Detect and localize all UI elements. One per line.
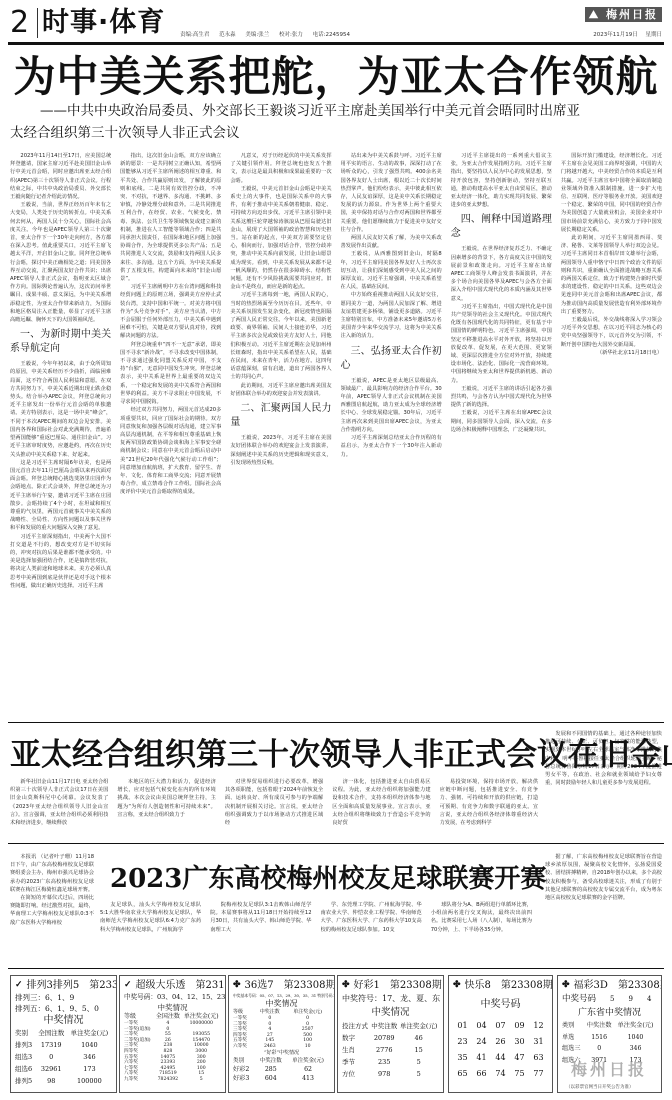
header-cell: 中奖注数 xyxy=(370,1020,398,1032)
prize-table: 投注方式中奖注数单注奖金(元) 数字2078946 生肖277615 季节235… xyxy=(342,1020,439,1080)
table-header-row: 等级全国注数单注奖金(元) xyxy=(124,1013,221,1021)
cell: 346 xyxy=(67,1051,112,1063)
value: 6、1、9、5、0 xyxy=(45,1004,99,1013)
dateline: （新华社北京11月18日电） xyxy=(561,349,662,357)
table-row: 组选三0346 xyxy=(562,1043,657,1055)
value: 17、龙、夏、东 xyxy=(382,994,440,1003)
cell: 98 xyxy=(36,1075,67,1087)
cell: 15 xyxy=(398,1044,439,1056)
label: 中奖号码 xyxy=(562,992,596,1006)
cell: 1040 xyxy=(67,1039,112,1051)
prize-table-body: 一等奖00二等奖00三等奖42507四等奖27500五等奖145100六等奖24… xyxy=(233,1016,330,1050)
winning-number: 23 xyxy=(453,1036,472,1048)
lottery-issue: 第23132期 xyxy=(196,979,226,992)
lottery-box-fc3d: ✤ 福彩3D 第23308期 中奖号码 5 9 4 广东省中奖情况 类别中奖注数… xyxy=(557,975,662,1093)
page-number-divider xyxy=(37,8,38,38)
paragraph: 王毅说，习近平主席的讲话引起各方强烈共鸣，与会各方认为中国式现代化为世界提供了新… xyxy=(451,385,552,410)
number: 5 xyxy=(610,992,614,1006)
cell: 46 xyxy=(398,1032,439,1044)
winning-numbers-grid: 0104070912232426303135414447636566747577 xyxy=(453,1020,548,1080)
table-row: 单选15161040 xyxy=(562,1032,657,1044)
value: 03、04、12、15、23、02、06 xyxy=(157,993,226,1001)
paragraph: 发展和不同国情的基础上，通过各种途径加快推进可持续、公正、可负担、包容性的能源转… xyxy=(545,730,662,787)
article-column: 球队将分为A、B两组进行单循环比赛，小组前两名进行交叉淘汰，最终决出前四名。比赛… xyxy=(431,901,532,961)
main-headline: 为中美关系把舵，为亚太合作领航 xyxy=(0,52,672,102)
welfare-lottery-icon: ✤ xyxy=(453,979,461,992)
prize-subtitle: 广东省中奖情况 xyxy=(562,1006,657,1020)
paragraph: 两国人民友好关系了解，为美中关系改善发展作出贡献。 xyxy=(341,234,442,250)
sub-headline-line-2: 太经合组织第三十次领导人非正式会议 xyxy=(10,125,240,141)
table-header-row: 类别中奖注数单注奖金(元) xyxy=(562,1020,657,1032)
sports-lottery-icon: ✓ xyxy=(15,979,23,992)
football-article-body: 友足球队，汕头大学梅州校友足球队5:1大胜华南农业大学梅州校友足球队，华南师范大… xyxy=(100,901,532,961)
winning-number: 65 xyxy=(453,1068,472,1080)
paragraph: 凡意义，对于历经起伏的中美关系发挥了关键引领作用。拜登总统也连发五个推文，表示这… xyxy=(230,152,331,185)
article-column: 院梅州校友足球队3:1击败韩山师范学院。本届赛事将从11月18日开始持续至12月… xyxy=(210,901,311,961)
lottery-title: ✓ 排列3排列5 第23308期 xyxy=(15,979,112,992)
table-row: 生肖277615 xyxy=(342,1044,439,1056)
draw-numbers: 中奖基本号码：05、07、13、29、30、35、31 特别号码：17 xyxy=(233,992,330,999)
paragraph: 习近平主席指出，中国式现代化是中国共产党领导的社会主义现代化。中国式现代化既有各… xyxy=(451,303,552,385)
winning-number: 01 xyxy=(453,1020,472,1032)
header-cell: 等级 xyxy=(233,1009,254,1016)
article-column: 习近平主席提出的一系列重大倡议主张，为亚太合作发展指明方向。习近平主席指出，要坚… xyxy=(451,152,552,712)
sub-headline: ——中共中央政治局委员、外交部长王毅谈习近平主席赴美国举行中美元首会晤同时出席亚… xyxy=(10,100,670,144)
header-cell: 中奖注数 xyxy=(584,1020,614,1032)
issue-date: 2023年11月19日 星期日 xyxy=(587,30,662,38)
paragraph: 据了解，广东高校梅州校友足球联赛旨在营造球乡浓厚氛围，凝聚高校文化情怀，弘扬爱国… xyxy=(545,853,662,902)
article-column: 2023年11月14日至17日，应美国总统拜登邀请，国家主席习近平赴美国旧金山举… xyxy=(10,152,111,712)
winning-number: 24 xyxy=(472,1036,491,1048)
header-cell: 单注奖金(元) xyxy=(286,1057,330,1065)
cell: 5 xyxy=(398,1056,439,1068)
cell: 好彩3 xyxy=(233,1074,256,1083)
winning-number: 30 xyxy=(510,1036,529,1048)
article-column: 对世界贸易组织进行必要改革，增强其各项职能，包括着眼于2024年前恢复全面、运转… xyxy=(225,778,323,833)
header-cell: 单注奖金(元) xyxy=(285,1009,330,1016)
disclaimer-note: （以彩票官网当日开奖公告为准） xyxy=(566,1084,634,1090)
paragraph: 指出，这次旧金山会晤，双方应该确立新的愿景：一是共同树立正确认知，希望两国能够从… xyxy=(120,152,221,283)
header-cell: 投注方式 xyxy=(342,1020,370,1032)
article-column: 站出来为中美关系鼓与呼。习近平主席用平实的语言、生动的故事，深深打动了在场听众的… xyxy=(341,152,442,712)
table-row: 排列598100000 xyxy=(15,1075,112,1087)
lottery-box-pl35: ✓ 排列3排列5 第23308期 排列三：6、1、9 排列五：6、1、9、5、0… xyxy=(10,975,117,1093)
winning-number: 63 xyxy=(529,1052,548,1064)
welfare-lottery-icon: ✤ xyxy=(562,979,570,992)
lottery-issue: 第23308期 xyxy=(390,979,442,992)
prize-subtitle: 中奖情况 xyxy=(342,1006,439,1020)
editor-credit: 责编:高生君 xyxy=(180,32,209,38)
table-header-row: 类别中奖注数单注奖金(元) xyxy=(233,1057,330,1065)
draw-symbols: 中奖符号：17、龙、夏、东 xyxy=(342,992,439,1006)
prize-table-body: 一等奖410000000一等奖(追加)0二等奖55193055二等奖(追加)26… xyxy=(124,1021,221,1083)
table-row: 组选632961173 xyxy=(15,1063,112,1075)
header-cell: 奖别 xyxy=(15,1027,36,1039)
main-article-body: 2023年11月14日至17日，应美国总统拜登邀请，国家主席习近平赴美国旧金山举… xyxy=(10,152,662,712)
newspaper-logo: ⛰ 梅州日报 xyxy=(585,7,662,22)
page-number: 2 xyxy=(10,6,29,40)
cell: 604 xyxy=(256,1074,286,1083)
lottery-name: 超级大乐透 xyxy=(136,979,186,992)
football-closing-column: 据了解，广东高校梅州校友足球联赛旨在营造球乡浓厚氛围，凝聚高校文化情怀，弘扬爱国… xyxy=(545,853,662,963)
lottery-box-36x7: ✤ 36选7 第23308期 中奖基本号码：05、07、13、29、30、35、… xyxy=(228,975,335,1093)
label: 中奖符号： xyxy=(342,994,382,1003)
prize-subtitle: 中奖情况 xyxy=(124,1003,221,1013)
article-column: 国际开放门槛建设，经济增长化。习近平主席在会见美国工商界时强调，中国的大门将越开… xyxy=(561,152,662,712)
cell: 5 xyxy=(182,1077,221,1083)
haocai-prize-table: 类别中奖注数单注奖金(元) 好彩228562 好彩3604413 xyxy=(233,1057,330,1083)
lottery-issue: 第23308期 xyxy=(89,979,117,992)
header-cell: 中奖注数 xyxy=(254,1009,285,1016)
cell: 组选三 xyxy=(562,1043,584,1055)
paragraph: 2023年11月14日至17日，应美国总统拜登邀请，国家主席习近平赴美国旧金山举… xyxy=(10,152,111,201)
lottery-title: ✤ 好彩1 第23308期 xyxy=(342,979,439,992)
paragraph: 王毅最后说，外交战线将深入学习领会习近平外交思想，在以习近平同志为核心的党中央坚… xyxy=(561,316,662,349)
paragraph: 王毅说，中美元首旧金山会晤是中美关系史上的大事件，也是国际关系中的大事件，有利于… xyxy=(230,185,331,292)
paragraph: 本报讯 （记者叶子珊）11月18日下午，由广东高校梅州校友足球联赛组委会主办，梅… xyxy=(10,853,94,894)
winning-number: 47 xyxy=(510,1052,529,1064)
logo-text: 梅州日报 xyxy=(606,8,658,21)
article-column: 易投资环境，保持市场开放，解决供应链中断问题，包括推进安全、有竞争力、强韧、可持… xyxy=(440,778,538,833)
winning-number: 44 xyxy=(491,1052,510,1064)
table-row: 排列3173191040 xyxy=(15,1039,112,1051)
cell: 2776 xyxy=(370,1044,398,1056)
cell: 1040 xyxy=(614,1032,657,1044)
winning-number: 66 xyxy=(472,1068,491,1080)
cell: 单选 xyxy=(562,1032,584,1044)
winning-number: 26 xyxy=(491,1036,510,1048)
table-header-row: 奖别全国注数单注奖金(元) xyxy=(15,1027,112,1039)
table-header-row: 等级中奖注数单注奖金(元) xyxy=(233,1009,330,1016)
cell: 组选3 xyxy=(15,1051,36,1063)
paragraph: 习近平主席深刻总结亚太合作历程的有益启示，为亚太合作下一个30年注入新动力。 xyxy=(341,434,442,459)
paragraph: 此访期间，习近平主席应邀出席美国友好团体联合举办的欢迎宴会并发表演讲。 xyxy=(230,382,331,398)
draw-numbers-pl5: 排列五：6、1、9、5、0 xyxy=(15,1003,112,1014)
paragraph: 习近平主席深刻指出，中美两个大国不打交道是不行的，想改变对方是不切实际的，冲突对… xyxy=(10,533,111,590)
cell: 62 xyxy=(286,1065,330,1074)
section-title: 时事·体育 xyxy=(42,7,165,39)
lottery-issue: 第23308期 xyxy=(501,979,553,992)
section-divider xyxy=(8,968,664,969)
cell: 3971 xyxy=(584,1055,614,1067)
section-heading: 一、为新时期中美关系导航定向 xyxy=(10,328,111,356)
sports-lottery-icon: ✓ xyxy=(124,979,132,992)
paragraph: 新华社旧金山11月17日电 亚太经合组织第三十次领导人非正式会议17日在美国旧金… xyxy=(10,778,108,827)
cell: 组选6 xyxy=(15,1063,36,1075)
table-row: 数字2078946 xyxy=(342,1032,439,1044)
winning-number: 41 xyxy=(472,1052,491,1064)
lottery-name: 好彩1 xyxy=(354,979,380,992)
prize-table: 奖别全国注数单注奖金(元) 排列3173191040 组选30346 组选632… xyxy=(15,1027,112,1087)
cell: 413 xyxy=(286,1074,330,1083)
value: 6、1、9 xyxy=(45,993,74,1002)
header-cell: 类别 xyxy=(562,1020,584,1032)
table-row: 九等奖78243925 xyxy=(124,1077,221,1083)
paragraph: 友足球队，汕头大学梅州校友足球队5:1大胜华南农业大学梅州校友足球队，华南师范大… xyxy=(100,901,201,934)
cell: 九等奖 xyxy=(124,1077,154,1083)
winning-number: 12 xyxy=(529,1020,548,1032)
section-divider xyxy=(8,843,664,844)
winning-number: 09 xyxy=(510,1020,529,1032)
lottery-name: 排列3排列5 xyxy=(27,979,80,992)
header-cell: 单注奖金(元) xyxy=(614,1020,657,1032)
cell: 0 xyxy=(36,1051,67,1063)
masthead: 2 时事·体育 责编:高生君 范永淼 美编:张兰 校对:张力 电话:224595… xyxy=(0,0,672,46)
cell: 285 xyxy=(256,1065,286,1074)
paragraph: 在简短的开幕仪式过后，四场比赛随即打响。经过激烈对抗，最终，华南理工大学梅州校友… xyxy=(10,894,94,927)
lottery-box-kl8: ✤ 快乐8 第23308期 中奖号码 010407091223242630313… xyxy=(448,975,553,1093)
article-column: 学、东莞理工学院、广州航海学院、华南农业大学、仲恺农业工程学院、华南师范大学、广… xyxy=(321,901,422,961)
paragraph: 球队将分为A、B两组进行单循环比赛，小组前两名进行交叉淘汰，最终决出前四名。比赛… xyxy=(431,901,532,934)
paragraph: 对世界贸易组织进行必要改革，增强其各项职能，包括着眼于2024年前恢复全面、运转… xyxy=(225,778,323,827)
table-row: 组选30346 xyxy=(15,1051,112,1063)
editor-credit: 电话:2245954 xyxy=(313,32,350,38)
article-column: 本地区的巨大潜力和活力，促进经济增长，应对包括气候变化在内的所有环境挑战。本次会… xyxy=(117,778,215,833)
paragraph: 站出来为中美关系鼓与呼。习近平主席用平实的语言、生动的故事，深深打动了在场听众的… xyxy=(341,152,442,234)
draw-numbers-pl3: 排列三：6、1、9 xyxy=(15,992,112,1003)
apec-article-sidebar-column: 发展和不同国情的基础上，通过各种途径加快推进可持续、公正、可负担、包容性的能源转… xyxy=(545,730,662,833)
paragraph: 王毅说，在世界经济复苏乏力、不确定因素增多的背景下，各方高度关注中国的发展前景和… xyxy=(451,245,552,302)
draw-numbers: 中奖号码 5 9 4 xyxy=(562,992,657,1006)
paragraph: 王毅说，习近平主席在出席APEC会议期间，同多国领导人会面，深入交流，在多边场合… xyxy=(451,409,552,434)
paragraph: 习近平主席每到一地，两国人民的心，当时的热烈场面至今历历在目。近些年，中美关系氛… xyxy=(230,291,331,381)
cell: 0 xyxy=(584,1043,614,1055)
paragraph: 院梅州校友足球队3:1击败韩山师范学院。本届赛事将从11月18日开始持续至12月… xyxy=(210,901,311,934)
lottery-issue: 第23308期 xyxy=(618,979,662,992)
header-cell: 单注奖金(元) xyxy=(67,1027,112,1039)
header-cell: 类别 xyxy=(233,1057,256,1065)
paragraph: 济一体化，包括推进亚太自由贸易区议程。为此，亚太经合组织将加强能力建设和技术合作… xyxy=(332,778,430,827)
paragraph: 王毅说，今年年初以来，由于众所周知的原因，中美关系经历不少曲折，面临困难局面，这… xyxy=(10,360,111,458)
paragraph: 学、东莞理工学院、广州航海学院、华南农业大学、仲恺农业工程学院、华南师范大学、广… xyxy=(321,901,422,934)
cell: 数字 xyxy=(342,1032,370,1044)
date-text: 2023年11月19日 xyxy=(593,32,638,38)
prize-subtitle: 中奖情况 xyxy=(15,1014,112,1027)
paragraph: 易投资环境，保持市场开放，解决供应链中断问题，包括推进安全、有竞争力、强韧、可持… xyxy=(440,778,538,827)
cell: 1516 xyxy=(584,1032,614,1044)
header-cell: 全国注数 xyxy=(36,1027,67,1039)
section-divider xyxy=(8,722,664,723)
football-headline: 2023广东高校梅州校友足球联赛开赛 xyxy=(110,862,540,896)
cell: 346 xyxy=(614,1043,657,1055)
haocai-subtitle: “好彩”中奖情况 xyxy=(233,1050,330,1057)
article-column: 指出，这次旧金山会晤，双方应该确立新的愿景：一是共同树立正确认知，希望两国能够从… xyxy=(120,152,221,712)
table-header-row: 投注方式中奖注数单注奖金(元) xyxy=(342,1020,439,1032)
header-cell: 单注奖金(元) xyxy=(182,1013,221,1021)
cell: 978 xyxy=(370,1068,398,1080)
table-row: 好彩228562 xyxy=(233,1065,330,1074)
cell: 100000 xyxy=(67,1075,112,1087)
table-row: 方位9785 xyxy=(342,1068,439,1080)
table-row: 组选六3971173 xyxy=(562,1055,657,1067)
editor-credit: 范永淼 xyxy=(219,32,236,38)
winning-number: 74 xyxy=(491,1068,510,1080)
label: 排列五： xyxy=(15,1004,45,1013)
paragraph: 本地区的巨大潜力和活力，促进经济增长，应对包括气候变化在内的所有环境挑战。本次会… xyxy=(117,778,215,819)
prize-table: 类别中奖注数单注奖金(元) 单选15161040 组选三0346 组选六3971… xyxy=(562,1020,657,1066)
article-column: 友足球队，汕头大学梅州校友足球队5:1大胜华南农业大学梅州校友足球队，华南师范大… xyxy=(100,901,201,961)
paragraph: 习近平主席提出的一系列重大倡议主张，为亚太合作发展指明方向。习近平主席指出，要坚… xyxy=(451,152,552,209)
lottery-box-haocai1: ✤ 好彩1 第23308期 中奖符号：17、龙、夏、东 中奖情况 投注方式中奖注… xyxy=(337,975,444,1093)
cell: 排列3 xyxy=(15,1039,36,1051)
prize-table: 等级中奖注数单注奖金(元) 一等奖00二等奖00三等奖42507四等奖27500… xyxy=(233,1009,330,1050)
paragraph: 王毅说，当前，世界正经历百年未有之大变局，人类处于历史的转折点。中美关系何去何从… xyxy=(10,201,111,324)
cell: 5 xyxy=(398,1068,439,1080)
welfare-lottery-icon: ✤ xyxy=(233,979,241,992)
number: 9 xyxy=(628,992,632,1006)
header-cell: 等级 xyxy=(124,1013,154,1021)
apec-headline: 亚太经合组织第三十次领导人非正式会议在旧金山闭幕 xyxy=(10,735,510,775)
article-column: 新华社旧金山11月17日电 亚太经合组织第三十次领导人非正式会议17日在美国旧金… xyxy=(10,778,108,833)
winning-number: 31 xyxy=(529,1036,548,1048)
cell: 20789 xyxy=(370,1032,398,1044)
label: 中奖号码： xyxy=(124,993,157,1001)
masthead-rule xyxy=(8,42,664,45)
paragraph: 王毅说，APEC是亚太地区层级最高、领域最广、最具影响力的经济合作平台。30年前… xyxy=(341,377,442,434)
lottery-title: ✤ 36选7 第23308期 xyxy=(233,979,330,992)
table-row: 好彩3604413 xyxy=(233,1074,330,1083)
winning-number: 35 xyxy=(453,1052,472,1064)
lottery-title: ✓ 超级大乐透 第23132期 xyxy=(124,979,221,992)
lottery-name: 36选7 xyxy=(245,979,274,992)
cell: 7824392 xyxy=(154,1077,181,1083)
article-column: 济一体化，包括推进亚太自由贸易区议程。为此，亚太经合组织将加强能力建设和技术合作… xyxy=(332,778,430,833)
lottery-name: 福彩3D xyxy=(574,979,608,992)
editor-credit: 校对:张力 xyxy=(279,32,303,38)
cell: 173 xyxy=(614,1055,657,1067)
editor-credit: 美编:张兰 xyxy=(245,32,269,38)
lottery-issue: 第23308期 xyxy=(284,979,335,992)
header-cell: 全国注数 xyxy=(154,1013,181,1021)
winning-number: 07 xyxy=(491,1020,510,1032)
winning-number: 75 xyxy=(510,1068,529,1080)
table-row: 季节2355 xyxy=(342,1056,439,1068)
section-heading: 二、汇聚两国人民力量 xyxy=(230,402,331,430)
cell: 17319 xyxy=(36,1039,67,1051)
welfare-lottery-icon: ✤ xyxy=(342,979,350,992)
header-cell: 中奖注数 xyxy=(256,1057,286,1065)
paragraph: 中方始终重视推动两国人民友好交往，愿同美方一道，为两国人民加深了解、增进友谊搭建… xyxy=(341,291,442,340)
cell: 好彩2 xyxy=(233,1065,256,1074)
header-cell: 单注奖金(元) xyxy=(398,1020,439,1032)
editor-credits: 责编:高生君 范永淼 美编:张兰 校对:张力 电话:2245954 xyxy=(180,30,358,38)
cell: 排列5 xyxy=(15,1075,36,1087)
lottery-title: ✤ 福彩3D 第23308期 xyxy=(562,979,657,992)
logo-mountain-icon: ⛰ xyxy=(589,8,600,21)
label: 排列三： xyxy=(15,993,45,1002)
sub-headline-line-1: ——中共中央政治局委员、外交部长王毅谈习近平主席赴美国举行中美元首会晤同时出席亚 xyxy=(10,100,670,122)
lottery-box-dlt: ✓ 超级大乐透 第23132期 中奖号码：03、04、12、15、23、02、0… xyxy=(119,975,226,1093)
football-lead-column: 本报讯 （记者叶子珊）11月18日下午，由广东高校梅州校友足球联赛组委会主办，梅… xyxy=(10,853,94,963)
winning-number: 77 xyxy=(529,1068,548,1080)
weekday-text: 星期日 xyxy=(645,32,662,38)
paragraph: 经过双方共同努力，两国元首达成20多项重要共识，回应了国际社会的期待。双方同意恢… xyxy=(120,406,221,496)
article-column: 凡意义，对于历经起伏的中美关系发挥了关键引领作用。拜登总统也连发五个推文，表示这… xyxy=(230,152,331,712)
cell: 季节 xyxy=(342,1056,370,1068)
lottery-name: 快乐8 xyxy=(465,979,491,992)
paragraph: 王毅说，2023年，习近平主席在美国友好团体联合举办的欢迎宴会上发表演讲，深刻阐… xyxy=(230,434,331,467)
section-heading: 三、弘扬亚太合作初心 xyxy=(341,345,442,373)
winning-number: 04 xyxy=(472,1020,491,1032)
paragraph: 国际开放门槛建设，经济增长化。习近平主席在会见美国工商界时强调，中国的大门将越开… xyxy=(561,152,662,234)
cell: 组选六 xyxy=(562,1055,584,1067)
paragraph: 王毅说，从西雅图到旧金山，时隔8年，习近平主席同美国各界友好人士再次亲切互动，让… xyxy=(341,250,442,291)
cell: 235 xyxy=(370,1056,398,1068)
numbers-subtitle: 中奖号码 xyxy=(453,996,548,1014)
paragraph: 拜登总统重申“四不一无意”承诺，即美国不寻求“新冷战”，不寻求改变中国体制，不寻… xyxy=(120,341,221,407)
number: 4 xyxy=(647,992,651,1006)
section-heading: 四、阐释中国道路理念 xyxy=(451,213,552,241)
prize-table: 等级全国注数单注奖金(元) 一等奖410000000一等奖(追加)0二等奖551… xyxy=(124,1013,221,1083)
draw-numbers: 中奖号码：03、04、12、15、23、02、06 xyxy=(124,992,221,1003)
prize-subtitle: 中奖情况 xyxy=(233,999,330,1009)
cell: 生肖 xyxy=(342,1044,370,1056)
paragraph: 习近平主席阐明中方在台湾问题和科技经贸问题上的原则立场，强调美方应停止武装台湾，… xyxy=(120,283,221,340)
cell: 方位 xyxy=(342,1068,370,1080)
cell: 173 xyxy=(67,1063,112,1075)
apec-article-body: 新华社旧金山11月17日电 亚太经合组织第三十次领导人非正式会议17日在美国旧金… xyxy=(10,778,538,833)
paragraph: 这是习近平主席时隔6年访美，也是两国元首自去年11月巴厘岛会晤以来再次面对面会晤… xyxy=(10,459,111,533)
paragraph: 此访期间，习近平主席同墨西哥、斐济、秘鲁、文莱等国领导人举行双边会见。习近平主席… xyxy=(561,234,662,316)
lottery-title: ✤ 快乐8 第23308期 xyxy=(453,979,548,992)
cell: 32961 xyxy=(36,1063,67,1075)
